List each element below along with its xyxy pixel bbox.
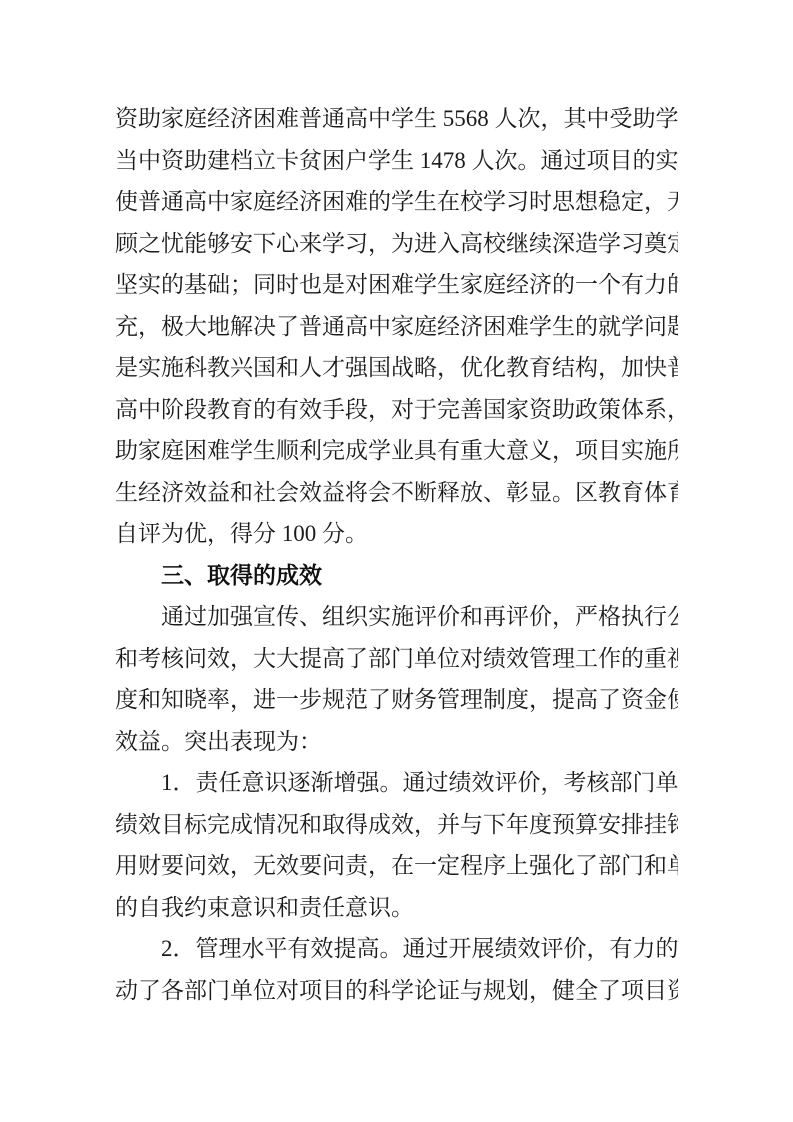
body-line: 动了各部门单位对项目的科学论证与规划，健全了项目资金 [115,970,678,1012]
body-line: 用财要问效，无效要问责，在一定程序上强化了部门和单位 [115,845,678,887]
body-line: 的自我约束意识和责任意识。 [115,887,678,929]
body-line: 度和知晓率，进一步规范了财务管理制度，提高了资金使用 [115,679,678,721]
body-line: 使普通高中家庭经济困难的学生在校学习时思想稳定，无后 [115,181,678,223]
body-line: 和考核问效，大大提高了部门单位对绩效管理工作的重视程 [115,638,678,680]
body-line: 是实施科教兴国和人才强国战略，优化教育结构，加快普及 [115,347,678,389]
body-line: 生经济效益和社会效益将会不断释放、彰显。区教育体育局 [115,472,678,514]
body-line: 坚实的基础；同时也是对困难学生家庭经济的一个有力的补 [115,264,678,306]
body-line: 充，极大地解决了普通高中家庭经济困难学生的就学问题， [115,306,678,348]
body-line: 助家庭困难学生顺利完成学业具有重大意义，项目实施所产 [115,430,678,472]
body-line-numbered-2: 2．管理水平有效提高。通过开展绩效评价，有力的推 [115,928,678,970]
body-line: 绩效目标完成情况和取得成效，并与下年度预算安排挂钩， [115,804,678,846]
body-line: 效益。突出表现为： [115,721,678,763]
document-page: 资助家庭经济困难普通高中学生 5568 人次，其中受助学生 当中资助建档立卡贫困… [0,0,793,1122]
body-line: 高中阶段教育的有效手段，对于完善国家资助政策体系，帮 [115,389,678,431]
body-line-numbered-1: 1．责任意识逐渐增强。通过绩效评价，考核部门单位 [115,762,678,804]
body-line: 顾之忧能够安下心来学习，为进入高校继续深造学习奠定了 [115,223,678,265]
document-text-block: 资助家庭经济困难普通高中学生 5568 人次，其中受助学生 当中资助建档立卡贫困… [115,98,678,1011]
body-line: 自评为优，得分 100 分。 [115,513,678,555]
section-heading: 三、取得的成效 [115,555,678,597]
body-line: 当中资助建档立卡贫困户学生 1478 人次。通过项目的实施， [115,140,678,182]
body-line: 资助家庭经济困难普通高中学生 5568 人次，其中受助学生 [115,98,678,140]
body-line: 通过加强宣传、组织实施评价和再评价，严格执行公开 [115,596,678,638]
